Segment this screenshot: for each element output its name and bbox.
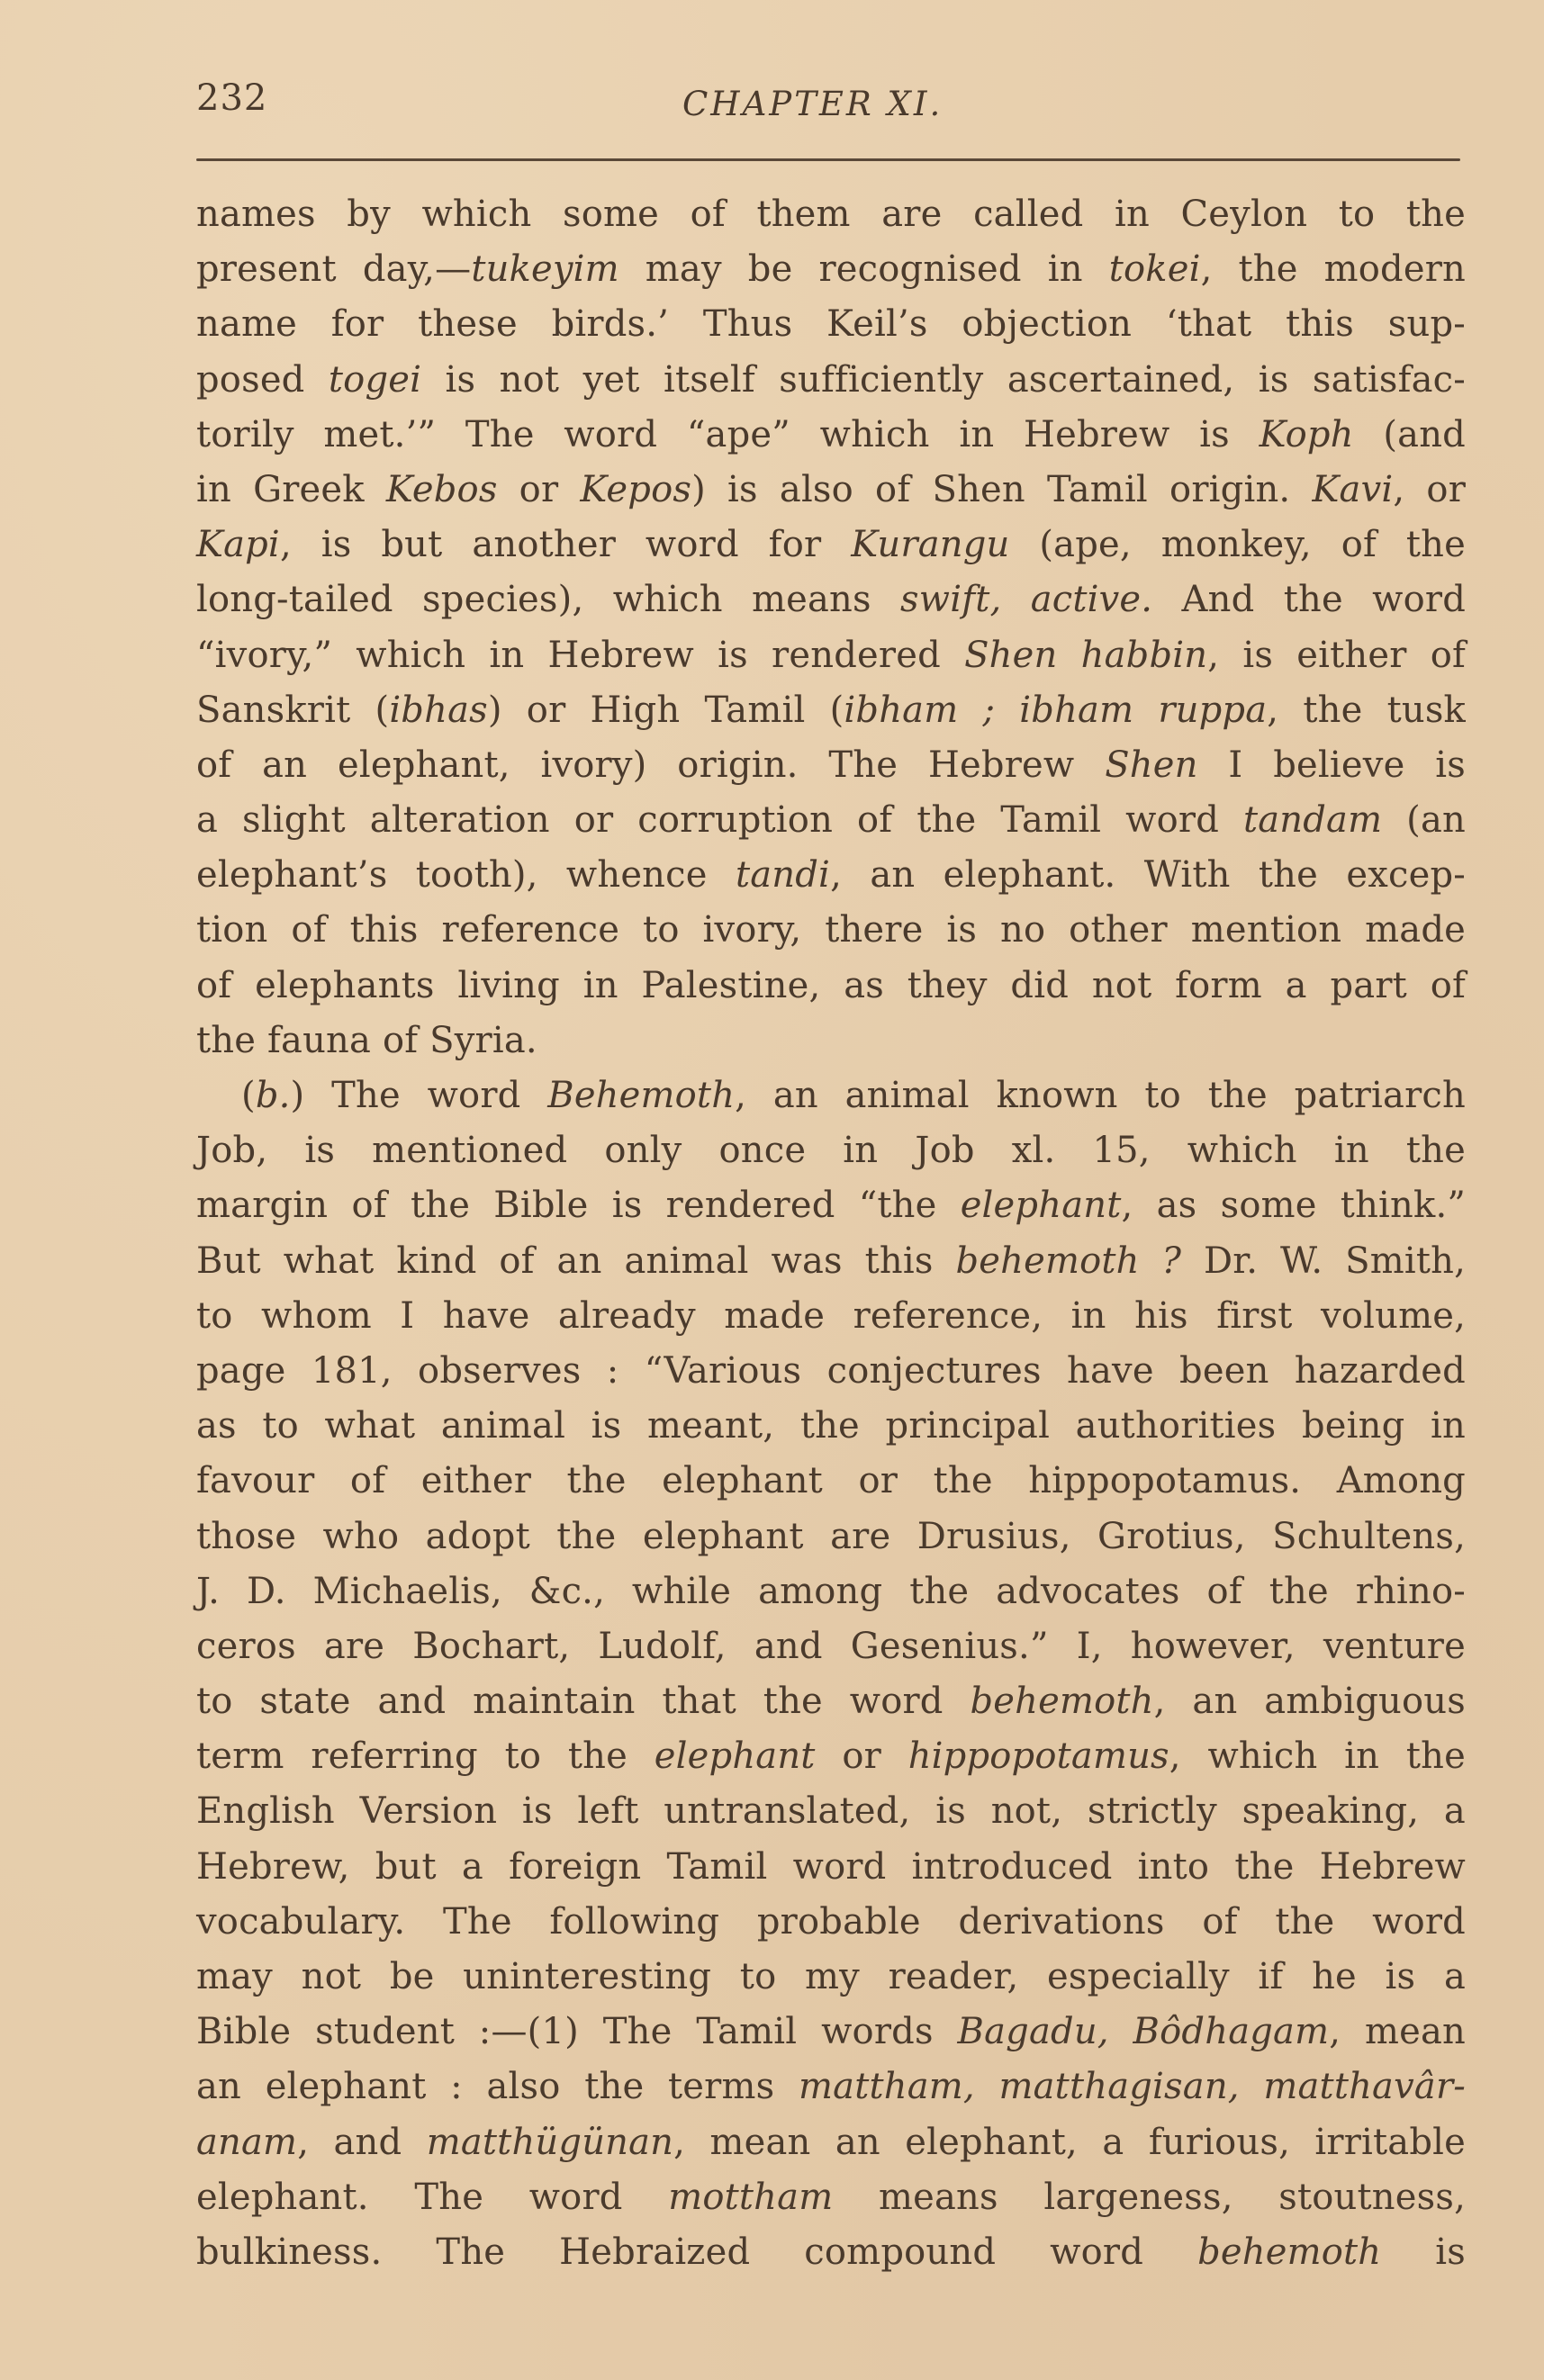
text-segment: posed xyxy=(196,359,329,401)
text-segment: , mean an elephant, a furious, irritable xyxy=(673,2122,1466,2163)
text-segment: bulkiness. The Hebraized compound word xyxy=(196,2231,1197,2273)
text-segment: of elephants living in Palestine, as the… xyxy=(196,965,1466,1006)
text-line: the fauna of Syria. xyxy=(196,1014,1466,1068)
text-segment: Dr. W. Smith, xyxy=(1181,1240,1466,1282)
text-line: favour of either the elephant or the hip… xyxy=(196,1454,1466,1509)
text-segment: , an animal known to the patriarch xyxy=(735,1075,1466,1116)
text-line: elephant. The word mottham means largene… xyxy=(196,2170,1466,2225)
text-segment: long-tailed species), which means xyxy=(196,579,900,620)
text-line: of elephants living in Palestine, as the… xyxy=(196,959,1466,1014)
italic-term: matthügünan xyxy=(427,2122,673,2163)
italic-term: tukeyim xyxy=(471,248,619,290)
text-line: margin of the Bible is rendered “the ele… xyxy=(196,1178,1466,1233)
text-segment: vocabulary. The following probable deriv… xyxy=(196,1901,1466,1943)
text-segment: torily met.’” The word “ape” which in He… xyxy=(196,414,1260,455)
text-line: Bible student :—(1) The Tamil words Baga… xyxy=(196,2005,1466,2060)
text-line: present day,—tukeyim may be recognised i… xyxy=(196,242,1466,297)
text-segment: names by which some of them are called i… xyxy=(196,194,1466,235)
text-segment: , mean xyxy=(1329,2011,1466,2052)
italic-term: swift, active. xyxy=(900,579,1152,620)
text-segment: to state and maintain that the word xyxy=(196,1681,970,1722)
italic-term: Bagadu, Bôdhagam xyxy=(958,2011,1330,2052)
running-head: 232 CHAPTER XI. xyxy=(196,77,1466,131)
text-segment: ( xyxy=(241,1075,256,1116)
text-line: name for these birds.’ Thus Keil’s objec… xyxy=(196,297,1466,352)
italic-term: behemoth ? xyxy=(955,1240,1181,1282)
italic-term: Kavi xyxy=(1312,469,1393,510)
text-line: of an elephant, ivory) origin. The Hebre… xyxy=(196,738,1466,793)
text-line: Kapi, is but another word for Kurangu (a… xyxy=(196,518,1466,572)
body-text: names by which some of them are called i… xyxy=(196,187,1466,2280)
italic-term: anam xyxy=(196,2122,297,2163)
text-line: a slight alteration or corruption of the… xyxy=(196,793,1466,848)
text-segment: , and xyxy=(297,2122,427,2163)
italic-term: behemoth xyxy=(1197,2231,1381,2273)
text-segment: term referring to the xyxy=(196,1735,655,1777)
italic-term: hippopotamus xyxy=(908,1735,1169,1777)
text-segment: Sanskrit ( xyxy=(196,690,389,731)
text-line: term referring to the elephant or hippop… xyxy=(196,1729,1466,1784)
text-segment: a slight alteration or corruption of the… xyxy=(196,799,1243,841)
italic-term: tandi xyxy=(736,854,830,896)
text-segment: is not yet itself sufficiently ascertain… xyxy=(421,359,1466,401)
text-line: anam, and matthügünan, mean an elephant,… xyxy=(196,2115,1466,2170)
text-segment: means largeness, stoutness, xyxy=(833,2177,1466,2218)
text-line: an elephant : also the terms mattham, ma… xyxy=(196,2060,1466,2114)
text-segment: , an ambiguous xyxy=(1154,1681,1466,1722)
text-segment: , which in the xyxy=(1169,1735,1466,1777)
text-line: bulkiness. The Hebraized compound word b… xyxy=(196,2225,1466,2280)
text-line: names by which some of them are called i… xyxy=(196,187,1466,242)
text-segment: elephant. The word xyxy=(196,2177,668,2218)
text-line: vocabulary. The following probable deriv… xyxy=(196,1895,1466,1950)
italic-term: Kepos xyxy=(580,469,691,510)
text-segment: may not be uninteresting to my reader, e… xyxy=(196,1956,1466,1997)
text-segment: as to what animal is meant, the principa… xyxy=(196,1405,1466,1447)
italic-term: b. xyxy=(256,1075,291,1116)
italic-term: Koph xyxy=(1260,414,1354,455)
text-segment: those who adopt the elephant are Drusius… xyxy=(196,1516,1466,1557)
italic-term: ibhas xyxy=(389,690,488,731)
text-segment: an elephant : also the terms xyxy=(196,2066,799,2107)
text-segment: present day,— xyxy=(196,248,471,290)
text-segment: may be recognised in xyxy=(619,248,1109,290)
italic-term: tokei xyxy=(1109,248,1201,290)
text-segment: (ape, monkey, of the xyxy=(1009,524,1466,565)
text-line: J. D. Michaelis, &c., while among the ad… xyxy=(196,1564,1466,1619)
italic-term: Shen habbin xyxy=(964,635,1207,676)
text-line: as to what animal is meant, the principa… xyxy=(196,1399,1466,1454)
text-line: posed togei is not yet itself sufficient… xyxy=(196,353,1466,408)
text-segment: page 181, observes : “Various conjecture… xyxy=(196,1350,1466,1392)
text-segment: , or xyxy=(1393,469,1466,510)
text-line: to whom I have already made reference, i… xyxy=(196,1289,1466,1344)
text-segment: (and xyxy=(1354,414,1466,455)
text-segment: favour of either the elephant or the hip… xyxy=(196,1460,1466,1501)
text-segment: Hebrew, but a foreign Tamil word introdu… xyxy=(196,1846,1466,1888)
text-segment: (an xyxy=(1382,799,1466,841)
text-line: But what kind of an animal was this behe… xyxy=(196,1234,1466,1289)
text-segment: , the modern xyxy=(1201,248,1466,290)
italic-term: Kebos xyxy=(386,469,498,510)
text-line: ceros are Bochart, Ludolf, and Gesenius.… xyxy=(196,1619,1466,1674)
text-segment: , is but another word for xyxy=(280,524,851,565)
italic-term: Kurangu xyxy=(851,524,1009,565)
italic-term: behemoth xyxy=(970,1681,1153,1722)
text-segment: the fauna of Syria. xyxy=(196,1020,537,1061)
text-segment: English Version is left untranslated, is… xyxy=(196,1790,1466,1832)
text-segment: name for these birds.’ Thus Keil’s objec… xyxy=(196,303,1466,345)
text-line: those who adopt the elephant are Drusius… xyxy=(196,1510,1466,1564)
text-segment: And the word xyxy=(1152,579,1466,620)
text-segment: or xyxy=(498,469,581,510)
text-line: Hebrew, but a foreign Tamil word introdu… xyxy=(196,1840,1466,1895)
italic-term: elephant xyxy=(655,1735,816,1777)
text-segment: , as some think.” xyxy=(1121,1185,1466,1226)
text-segment: of an elephant, ivory) origin. The Hebre… xyxy=(196,744,1105,786)
text-segment: ) The word xyxy=(291,1075,548,1116)
text-line: may not be uninteresting to my reader, e… xyxy=(196,1950,1466,2005)
book-page: 232 CHAPTER XI. names by which some of t… xyxy=(0,0,1544,2380)
text-segment: J. D. Michaelis, &c., while among the ad… xyxy=(196,1571,1466,1612)
text-segment: elephant’s tooth), whence xyxy=(196,854,736,896)
chapter-title: CHAPTER XI. xyxy=(682,85,943,123)
text-segment: to whom I have already made reference, i… xyxy=(196,1295,1466,1337)
text-line: torily met.’” The word “ape” which in He… xyxy=(196,408,1466,463)
text-line: to state and maintain that the word behe… xyxy=(196,1674,1466,1729)
italic-term: Shen xyxy=(1105,744,1197,786)
italic-term: Kapi xyxy=(196,524,280,565)
page-number: 232 xyxy=(196,77,267,119)
text-segment: tion of this reference to ivory, there i… xyxy=(196,909,1466,951)
text-segment: ) or High Tamil ( xyxy=(488,690,844,731)
text-segment: , an elephant. With the excep- xyxy=(830,854,1466,896)
italic-term: togei xyxy=(329,359,421,401)
text-line: page 181, observes : “Various conjecture… xyxy=(196,1344,1466,1399)
text-segment: , the tusk xyxy=(1267,690,1466,731)
italic-term: elephant xyxy=(961,1185,1122,1226)
italic-term: mattham, matthagisan, matthavâr- xyxy=(799,2066,1466,2107)
italic-term: tandam xyxy=(1243,799,1382,841)
text-segment: But what kind of an animal was this xyxy=(196,1240,955,1282)
text-segment: “ivory,” which in Hebrew is rendered xyxy=(196,635,964,676)
text-line: English Version is left untranslated, is… xyxy=(196,1784,1466,1839)
header-rule-divider xyxy=(196,158,1460,161)
text-segment: in Greek xyxy=(196,469,386,510)
text-segment: is xyxy=(1381,2231,1466,2273)
text-segment: or xyxy=(816,1735,908,1777)
text-line: (b.) The word Behemoth, an animal known … xyxy=(196,1068,1466,1123)
text-line: long-tailed species), which means swift,… xyxy=(196,572,1466,627)
text-segment: , is either of xyxy=(1207,635,1466,676)
italic-term: ibham ; ibham ruppa xyxy=(844,690,1267,731)
text-segment: ceros are Bochart, Ludolf, and Gesenius.… xyxy=(196,1626,1466,1667)
text-line: tion of this reference to ivory, there i… xyxy=(196,903,1466,958)
text-segment: Job, is mentioned only once in Job xl. 1… xyxy=(196,1130,1466,1171)
text-line: Job, is mentioned only once in Job xl. 1… xyxy=(196,1123,1466,1178)
text-line: elephant’s tooth), whence tandi, an elep… xyxy=(196,848,1466,903)
text-line: “ivory,” which in Hebrew is rendered She… xyxy=(196,628,1466,683)
text-line: Sanskrit (ibhas) or High Tamil (ibham ; … xyxy=(196,683,1466,738)
italic-term: Behemoth xyxy=(547,1075,735,1116)
text-segment: I believe is xyxy=(1198,744,1466,786)
text-segment: Bible student :—(1) The Tamil words xyxy=(196,2011,958,2052)
text-line: in Greek Kebos or Kepos) is also of Shen… xyxy=(196,463,1466,518)
text-segment: ) is also of Shen Tamil origin. xyxy=(691,469,1312,510)
text-segment: margin of the Bible is rendered “the xyxy=(196,1185,961,1226)
italic-term: mottham xyxy=(668,2177,833,2218)
